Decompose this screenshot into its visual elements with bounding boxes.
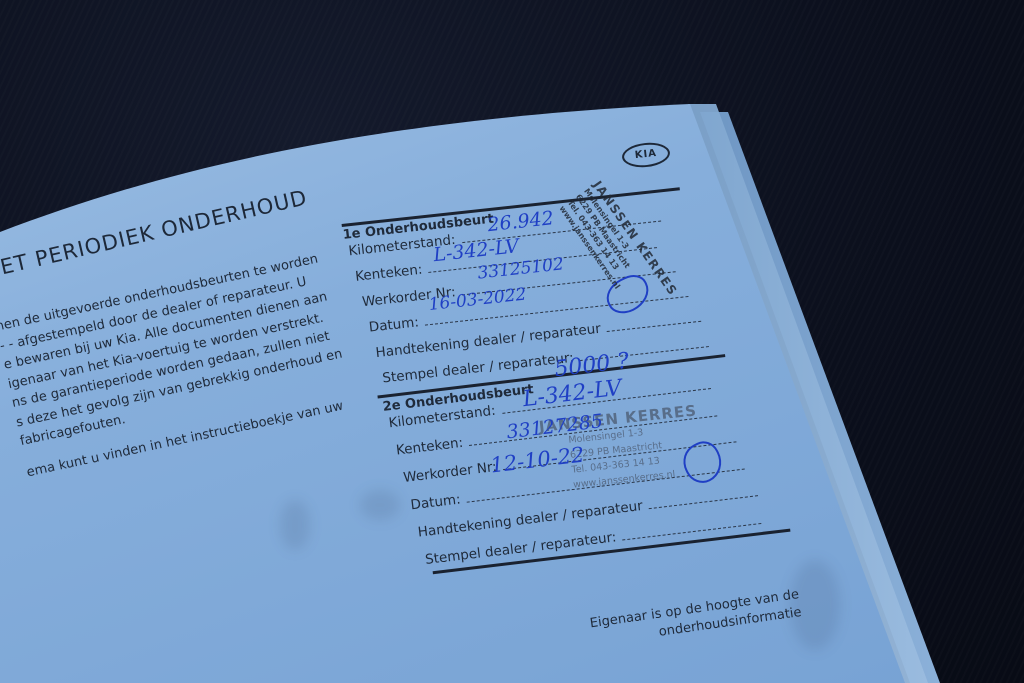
smudge [360,490,400,520]
smudge [280,500,310,550]
